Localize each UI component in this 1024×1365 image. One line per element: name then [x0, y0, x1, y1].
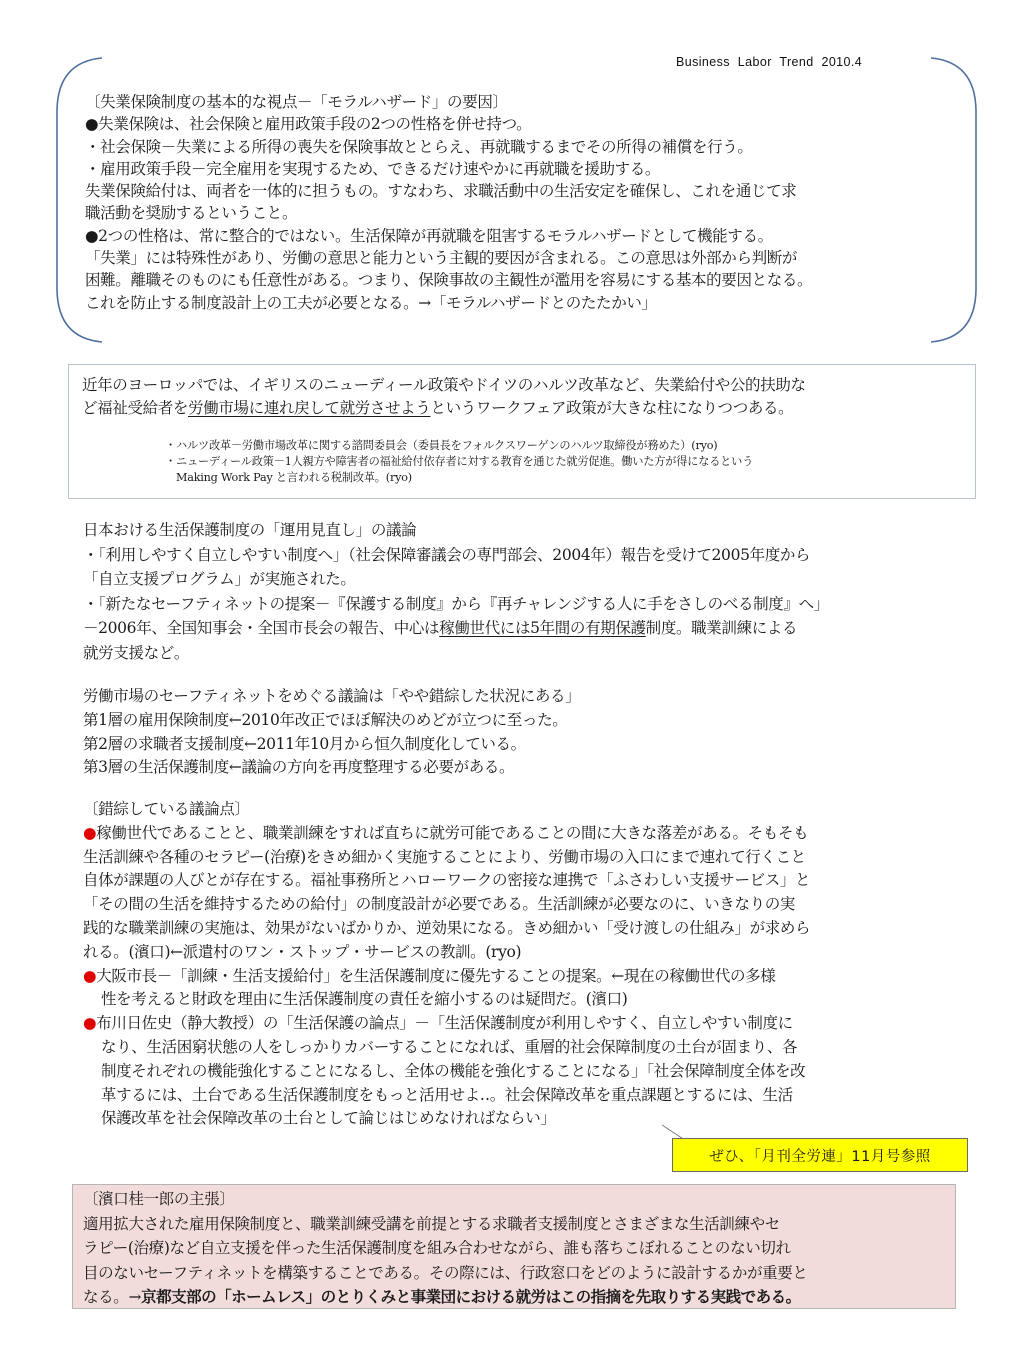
paragraph-line: ・社会保険－失業による所得の喪失を保険事故ととらえ、再就職するまでその所得の補償…	[85, 136, 965, 158]
europe-main-text: 近年のヨーロッパでは、イギリスのニューディール政策やドイツのハルツ改革など、失業…	[82, 374, 806, 420]
hamaguchi-text: 〔濱口桂一郎の主張〕 適用拡大された雇用保険制度と、職業訓練受講を前提とする求職…	[83, 1187, 808, 1310]
paragraph-line: 適用拡大された雇用保険制度と、職業訓練受講を前提とする求職者支援制度とさまざまな…	[83, 1212, 808, 1237]
red-bullet-icon: ●	[83, 824, 96, 842]
text-span: 布川日佐史（静大教授）の「生活保護の論点」－「生活保護制度が利用しやすく、自立し…	[96, 1014, 793, 1032]
text-span: 制度。職業訓練による	[646, 619, 798, 637]
paragraph-line: ・雇用政策手段－完全雇用を実現するため、できるだけ速やかに再就職を援助する。	[85, 158, 965, 180]
paragraph-line: ●布川日佐史（静大教授）の「生活保護の論点」－「生活保護制度が利用しやすく、自立…	[83, 1012, 810, 1036]
note-line: ・ハルツ改革－労働市場改革に関する諮問委員会（委員長をフォルクスワーゲンのハルツ…	[165, 438, 753, 454]
text-span: というワークフェア政策が大きな柱になりつつある。	[430, 399, 793, 417]
moral-hazard-section: 〔失業保険制度の基本的な視点－「モラルハザード」の要因〕 ●失業保険は、社会保険…	[85, 91, 965, 314]
paragraph-line: 職活動を奨励するということ。	[85, 202, 965, 224]
note-line: ・ニューディール政策－1人親方や障害者の福祉給付依存者に対する教育を通じた就労促…	[165, 454, 753, 470]
paragraph-line: ●2つの性格は、常に整合的ではない。生活保障が再就職を阻害するモラルハザードとし…	[85, 225, 965, 247]
paragraph-line: ・「新たなセーフティネットの提案－『保護する制度』から『再チャレンジする人に手を…	[83, 592, 983, 617]
paragraph-line: 践的な職業訓練の実施は、効果がないばかりか、逆効果になる。きめ細かい「受け渡しの…	[83, 917, 810, 941]
paragraph-line: 失業保険給付は、両者を一体的に担うもの。すなわち、求職活動中の生活安定を確保し、…	[85, 180, 965, 202]
emphasized-text: 京都支部の「ホームレス」のとりくみと事業団における就労はこの指摘を先取りする実践…	[141, 1288, 801, 1306]
paragraph-line: ・「利用しやすく自立しやすい制度へ」（社会保障審議会の専門部会、2004年）報告…	[83, 543, 983, 568]
red-bullet-icon: ●	[83, 967, 96, 985]
paragraph-line: れる。(濱口)←派遣村のワン・ストップ・サービスの教訓。(ryo)	[83, 941, 810, 965]
paragraph-line: 労働市場のセーフティネットをめぐる議論は「やや錯綜した状況にある」	[83, 685, 580, 709]
underlined-text: 労働市場に連れ戻して就労させよう	[188, 399, 430, 417]
text-span: ど福祉受給者を	[82, 399, 188, 417]
paragraph-line: 困難。離職そのものにも任意性がある。つまり、保険事故の主観性が濫用を容易にする基…	[85, 269, 965, 291]
paragraph-line: 第1層の雇用保険制度←2010年改正でほぼ解決のめどが立つに至った。	[83, 709, 580, 733]
paragraph-line: ど福祉受給者を労働市場に連れ戻して就労させようというワークフェア政策が大きな柱に…	[82, 397, 806, 420]
reference-callout: ぜひ、「月刊全労連」11月号参照	[672, 1138, 968, 1172]
section-title: 日本おける生活保護制度の「運用見直し」の議論	[83, 518, 983, 543]
section-title: 〔錯綜している議論点〕	[83, 798, 810, 822]
text-span: 稼働世代であることと、職業訓練をすれば直ちに就労可能であることの間に大きな落差が…	[96, 824, 808, 842]
text-span: なる。→	[83, 1288, 141, 1306]
issues-section: 〔錯綜している議論点〕 ●稼働世代であることと、職業訓練をすれば直ちに就労可能で…	[83, 798, 810, 1131]
paragraph-line: ●稼働世代であることと、職業訓練をすれば直ちに就労可能であることの間に大きな落差…	[83, 822, 810, 846]
underlined-text: 稼働世代には5年間の有期保護	[439, 619, 645, 637]
red-bullet-icon: ●	[83, 1014, 96, 1032]
paragraph-line: 革するには、土台である生活保護制度をもっと活用せよ‥。社会保障改革を重点課題とす…	[83, 1084, 810, 1108]
issue-item: ●布川日佐史（静大教授）の「生活保護の論点」－「生活保護制度が利用しやすく、自立…	[83, 1012, 810, 1131]
paragraph-line: ラピー(治療)など自立支援を伴った生活保護制度を組み合わせながら、誰も落ちこぼれ…	[83, 1236, 808, 1261]
paragraph-line: ●大阪市長－「訓練・生活支援給付」を生活保護制度に優先することの提案。←現在の稼…	[83, 965, 810, 989]
paragraph-line: 自体が課題の人びとが存在する。福祉事務所とハローワークの密接な連携で「ふさわしい…	[83, 869, 810, 893]
hamaguchi-opinion-box: 〔濱口桂一郎の主張〕 適用拡大された雇用保険制度と、職業訓練受講を前提とする求職…	[72, 1184, 956, 1309]
paragraph-line: 生活訓練や各種のセラピー(治療)をきめ細かく実施することにより、労働市場の入口に…	[83, 846, 810, 870]
paragraph-line: なる。→京都支部の「ホームレス」のとりくみと事業団における就労はこの指摘を先取り…	[83, 1285, 808, 1310]
publication-header: Business Labor Trend 2010.4	[676, 55, 862, 69]
paragraph-line: 第2層の求職者支援制度←2011年10月から恒久制度化している。	[83, 733, 580, 757]
japan-review-section: 日本おける生活保護制度の「運用見直し」の議論 ・「利用しやすく自立しやすい制度へ…	[83, 518, 983, 665]
paragraph-line: ●失業保険は、社会保険と雇用政策手段の2つの性格を併せ持つ。	[85, 113, 965, 135]
paragraph-line: 目のないセーフティネットを構築することである。その際には、行政窓口をどのように設…	[83, 1261, 808, 1286]
safety-net-section: 労働市場のセーフティネットをめぐる議論は「やや錯綜した状況にある」 第1層の雇用…	[83, 685, 580, 780]
paragraph-line: 制度それぞれの機能強化することになるし、全体の機能を強化することになる」「社会保…	[83, 1060, 810, 1084]
paragraph-line: 保護改革を社会保障改革の土台として論じはじめなければならい」	[83, 1107, 810, 1131]
issue-item: ●大阪市長－「訓練・生活支援給付」を生活保護制度に優先することの提案。←現在の稼…	[83, 965, 810, 1013]
paragraph-line: 「その間の生活を維持するための給付」の制度設計が必要である。生活訓練が必要なのに…	[83, 893, 810, 917]
paragraph-line: －2006年、全国知事会・全国市長会の報告、中心は稼働世代には5年間の有期保護制…	[83, 616, 983, 641]
text-span: 大阪市長－「訓練・生活支援給付」を生活保護制度に優先することの提案。←現在の稼働…	[96, 967, 775, 985]
europe-notes: ・ハルツ改革－労働市場改革に関する諮問委員会（委員長をフォルクスワーゲンのハルツ…	[165, 438, 753, 486]
paragraph-line: 性を考えると財政を理由に生活保護制度の責任を縮小するのは疑問だ。(濱口)	[83, 988, 810, 1012]
paragraph-line: なり、生活困窮状態の人をしっかりカバーすることになれば、重層的社会保障制度の土台…	[83, 1036, 810, 1060]
europe-workfare-box: 近年のヨーロッパでは、イギリスのニューディール政策やドイツのハルツ改革など、失業…	[68, 364, 976, 499]
issue-item: ●稼働世代であることと、職業訓練をすれば直ちに就労可能であることの間に大きな落差…	[83, 822, 810, 965]
section-title: 〔失業保険制度の基本的な視点－「モラルハザード」の要因〕	[85, 91, 965, 113]
text-span: －2006年、全国知事会・全国市長会の報告、中心は	[83, 619, 439, 637]
paragraph-line: これを防止する制度設計上の工夫が必要となる。→「モラルハザードとのたたかい」	[85, 292, 965, 314]
paragraph-line: 第3層の生活保護制度←議論の方向を再度整理する必要がある。	[83, 756, 580, 780]
paragraph-line: 就労支援など。	[83, 641, 983, 666]
paragraph-line: 「自立支援プログラム」が実施された。	[83, 567, 983, 592]
section-title: 〔濱口桂一郎の主張〕	[83, 1187, 808, 1212]
paragraph-line: 近年のヨーロッパでは、イギリスのニューディール政策やドイツのハルツ改革など、失業…	[82, 374, 806, 397]
note-line: Making Work Pay と言われる税制改革。(ryo)	[165, 470, 753, 486]
paragraph-line: 「失業」には特殊性があり、労働の意思と能力という主観的要因が含まれる。この意思は…	[85, 247, 965, 269]
